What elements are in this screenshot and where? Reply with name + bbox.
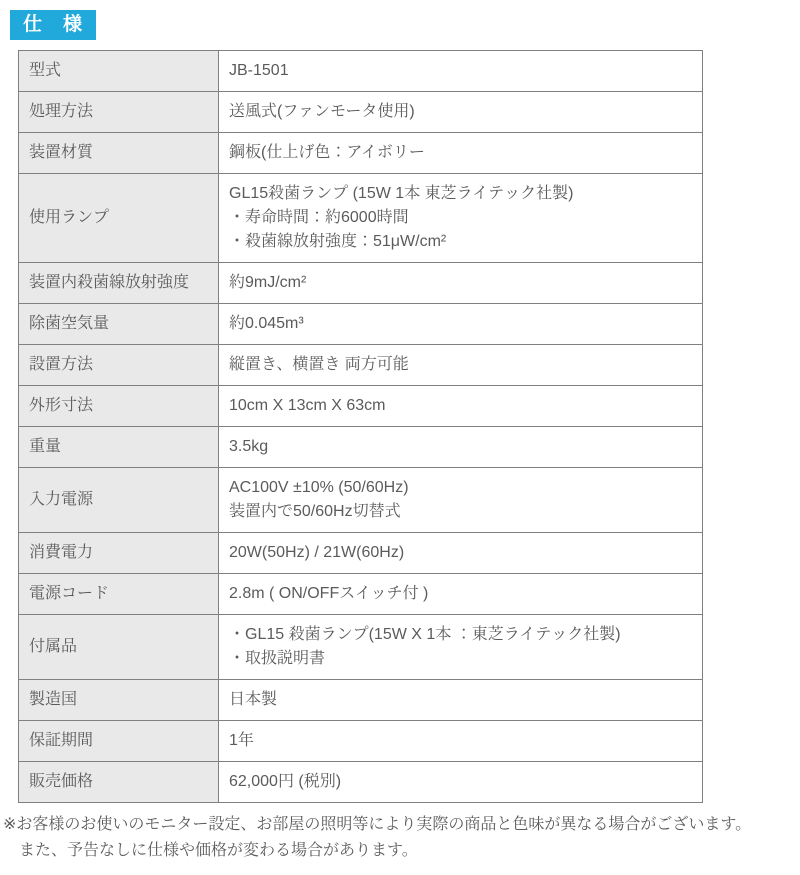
spec-value: AC100V ±10% (50/60Hz) 装置内で50/60Hz切替式 [219,468,703,533]
spec-row-uv-intensity: 装置内殺菌線放射強度 約9mJ/cm² [19,263,703,304]
spec-row-lamp: 使用ランプ GL15殺菌ランプ (15W 1本 東芝ライテック社製) ・寿命時間… [19,174,703,263]
spec-label: 重量 [19,427,219,468]
spec-label: 処理方法 [19,92,219,133]
spec-value: 3.5kg [219,427,703,468]
spec-value: 約9mJ/cm² [219,263,703,304]
section-title-badge: 仕 様 [10,10,96,40]
spec-value: JB-1501 [219,51,703,92]
spec-label: 入力電源 [19,468,219,533]
spec-label: 設置方法 [19,345,219,386]
spec-page: 仕 様 型式 JB-1501 処理方法 送風式(ファンモータ使用) 装置材質 鋼… [0,0,800,875]
spec-label: 販売価格 [19,762,219,803]
spec-row-air-volume: 除菌空気量 約0.045m³ [19,304,703,345]
spec-label: 装置内殺菌線放射強度 [19,263,219,304]
spec-row-dimensions: 外形寸法 10cm X 13cm X 63cm [19,386,703,427]
spec-row-processing-method: 処理方法 送風式(ファンモータ使用) [19,92,703,133]
spec-row-country: 製造国 日本製 [19,680,703,721]
spec-value: 2.8m ( ON/OFFスイッチ付 ) [219,574,703,615]
spec-row-warranty: 保証期間 1年 [19,721,703,762]
spec-table: 型式 JB-1501 処理方法 送風式(ファンモータ使用) 装置材質 鋼板(仕上… [18,50,703,803]
spec-row-model: 型式 JB-1501 [19,51,703,92]
spec-value: 鋼板(仕上げ色：アイボリー [219,133,703,174]
spec-row-installation: 設置方法 縦置き、横置き 両方可能 [19,345,703,386]
spec-label: 製造国 [19,680,219,721]
spec-value: 縦置き、横置き 両方可能 [219,345,703,386]
spec-row-power-consumption: 消費電力 20W(50Hz) / 21W(60Hz) [19,533,703,574]
disclaimer-note: ※お客様のお使いのモニター設定、お部屋の照明等により実際の商品と色味が異なる場合… [3,812,800,864]
spec-value: ・GL15 殺菌ランプ(15W X 1本 ：東芝ライテック社製) ・取扱説明書 [219,615,703,680]
spec-value: 日本製 [219,680,703,721]
spec-label: 除菌空気量 [19,304,219,345]
spec-row-weight: 重量 3.5kg [19,427,703,468]
spec-label: 付属品 [19,615,219,680]
spec-row-power-cord: 電源コード 2.8m ( ON/OFFスイッチ付 ) [19,574,703,615]
spec-value: 10cm X 13cm X 63cm [219,386,703,427]
spec-value: 約0.045m³ [219,304,703,345]
spec-row-price: 販売価格 62,000円 (税別) [19,762,703,803]
spec-label: 使用ランプ [19,174,219,263]
spec-label: 電源コード [19,574,219,615]
spec-value: 送風式(ファンモータ使用) [219,92,703,133]
spec-row-material: 装置材質 鋼板(仕上げ色：アイボリー [19,133,703,174]
spec-label: 外形寸法 [19,386,219,427]
spec-label: 保証期間 [19,721,219,762]
spec-value: 62,000円 (税別) [219,762,703,803]
spec-value: 20W(50Hz) / 21W(60Hz) [219,533,703,574]
spec-value: 1年 [219,721,703,762]
spec-label: 消費電力 [19,533,219,574]
spec-label: 装置材質 [19,133,219,174]
spec-row-accessories: 付属品 ・GL15 殺菌ランプ(15W X 1本 ：東芝ライテック社製) ・取扱… [19,615,703,680]
spec-label: 型式 [19,51,219,92]
spec-value: GL15殺菌ランプ (15W 1本 東芝ライテック社製) ・寿命時間：約6000… [219,174,703,263]
spec-row-input-power: 入力電源 AC100V ±10% (50/60Hz) 装置内で50/60Hz切替… [19,468,703,533]
